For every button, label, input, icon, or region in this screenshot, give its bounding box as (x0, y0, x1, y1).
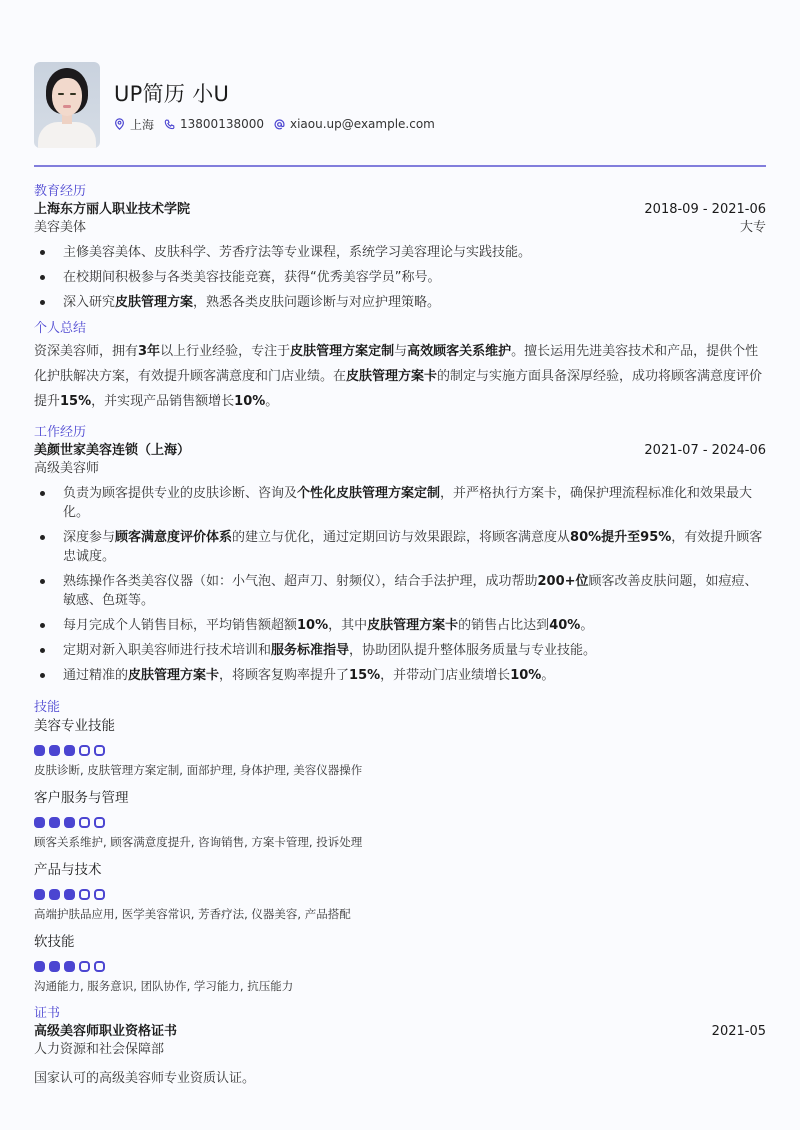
phone-icon (164, 119, 175, 130)
skill-level-dot (79, 817, 90, 828)
certificates-section: 证书 高级美容师职业资格证书 2021-05 人力资源和社会保障部 国家认可的高… (34, 1005, 766, 1088)
skill-item: 美容专业技能 皮肤诊断, 皮肤管理方案定制, 面部护理, 身体护理, 美容仪器操… (34, 717, 766, 777)
skill-level-dot (34, 817, 45, 828)
skill-rating (34, 745, 766, 756)
skill-name: 产品与技术 (34, 861, 766, 879)
list-item: 通过精准的皮肤管理方案卡，将顾客复购率提升了15%，并带动门店业绩增长10%。 (34, 666, 766, 685)
skill-item: 产品与技术 高端护肤品应用, 医学美容常识, 芳香疗法, 仪器美容, 产品搭配 (34, 861, 766, 921)
skill-name: 客户服务与管理 (34, 789, 766, 807)
skills-section: 技能 美容专业技能 皮肤诊断, 皮肤管理方案定制, 面部护理, 身体护理, 美容… (34, 699, 766, 993)
certificate-date: 2021-05 (712, 1023, 766, 1041)
work-bullets: 负责为顾客提供专业的皮肤诊断、咨询及个性化皮肤管理方案定制，并严格执行方案卡，确… (34, 484, 766, 685)
skill-name: 美容专业技能 (34, 717, 766, 735)
skill-item: 软技能 沟通能力, 服务意识, 团队协作, 学习能力, 抗压能力 (34, 933, 766, 993)
skill-level-dot (94, 745, 105, 756)
skill-level-dot (94, 817, 105, 828)
candidate-name: UP简历 小U (114, 78, 445, 108)
section-title: 个人总结 (34, 320, 766, 338)
education-bullets: 主修美容美体、皮肤科学、芳香疗法等专业课程，系统学习美容理论与实践技能。 在校期… (34, 243, 766, 312)
skill-rating (34, 817, 766, 828)
skill-level-dot (94, 961, 105, 972)
list-item: 深入研究皮肤管理方案，熟悉各类皮肤问题诊断与对应护理策略。 (34, 293, 766, 312)
skill-level-dot (64, 745, 75, 756)
work-date: 2021-07 - 2024-06 (644, 442, 766, 460)
skill-rating (34, 961, 766, 972)
skill-level-dot (64, 961, 75, 972)
certificate-name: 高级美容师职业资格证书 (34, 1023, 177, 1041)
avatar (34, 62, 100, 148)
position: 高级美容师 (34, 460, 99, 478)
skill-desc: 沟通能力, 服务意识, 团队协作, 学习能力, 抗压能力 (34, 979, 766, 993)
section-title: 教育经历 (34, 183, 766, 201)
list-item: 深度参与顾客满意度评价体系的建立与优化，通过定期回访与效果跟踪，将顾客满意度从8… (34, 528, 766, 566)
resume-header: UP简历 小U 上海 13800138000 xiaou.up@example.… (34, 62, 766, 148)
skill-name: 软技能 (34, 933, 766, 951)
list-item: 在校期间积极参与各类美容技能竞赛，获得“优秀美容学员”称号。 (34, 268, 766, 287)
skill-level-dot (49, 889, 60, 900)
skill-level-dot (34, 889, 45, 900)
certificate-desc: 国家认可的高级美容师专业资质认证。 (34, 1070, 766, 1088)
skill-level-dot (49, 745, 60, 756)
list-item: 负责为顾客提供专业的皮肤诊断、咨询及个性化皮肤管理方案定制，并严格执行方案卡，确… (34, 484, 766, 522)
skill-rating (34, 889, 766, 900)
company-name: 美颜世家美容连锁（上海） (34, 442, 190, 460)
list-item: 主修美容美体、皮肤科学、芳香疗法等专业课程，系统学习美容理论与实践技能。 (34, 243, 766, 262)
section-title: 工作经历 (34, 424, 766, 442)
skill-level-dot (79, 889, 90, 900)
education-date: 2018-09 - 2021-06 (644, 201, 766, 219)
phone-link[interactable]: 13800138000 (180, 117, 264, 131)
location-text: 上海 (130, 116, 154, 133)
list-item: 熟练操作各类美容仪器（如：小气泡、超声刀、射频仪），结合手法护理，成功帮助200… (34, 572, 766, 610)
education-section: 教育经历 上海东方丽人职业技术学院 2018-09 - 2021-06 美容美体… (34, 183, 766, 312)
section-title: 证书 (34, 1005, 766, 1023)
certificate-issuer: 人力资源和社会保障部 (34, 1041, 164, 1059)
contact-info: 上海 13800138000 xiaou.up@example.com (114, 116, 445, 133)
skill-level-dot (64, 889, 75, 900)
list-item: 每月完成个人销售目标，平均销售额超额10%，其中皮肤管理方案卡的销售占比达到40… (34, 616, 766, 635)
list-item: 定期对新入职美容师进行技术培训和服务标准指导，协助团队提升整体服务质量与专业技能… (34, 641, 766, 660)
email-link[interactable]: xiaou.up@example.com (290, 117, 435, 131)
skill-desc: 高端护肤品应用, 医学美容常识, 芳香疗法, 仪器美容, 产品搭配 (34, 907, 766, 921)
skill-desc: 顾客关系维护, 顾客满意度提升, 咨询销售, 方案卡管理, 投诉处理 (34, 835, 766, 849)
major: 美容美体 (34, 219, 86, 237)
skill-level-dot (79, 745, 90, 756)
skill-level-dot (94, 889, 105, 900)
school-name: 上海东方丽人职业技术学院 (34, 201, 190, 219)
skill-desc: 皮肤诊断, 皮肤管理方案定制, 面部护理, 身体护理, 美容仪器操作 (34, 763, 766, 777)
summary-section: 个人总结 资深美容师，拥有3年以上行业经验，专注于皮肤管理方案定制与高效顾客关系… (34, 320, 766, 414)
section-title: 技能 (34, 699, 766, 717)
degree: 大专 (740, 219, 766, 237)
skill-level-dot (79, 961, 90, 972)
skill-level-dot (49, 961, 60, 972)
skill-level-dot (64, 817, 75, 828)
work-section: 工作经历 美颜世家美容连锁（上海） 2021-07 - 2024-06 高级美容… (34, 424, 766, 685)
location-pin-icon (114, 118, 125, 130)
resume-page: UP简历 小U 上海 13800138000 xiaou.up@example.… (34, 62, 766, 1088)
skill-level-dot (49, 817, 60, 828)
skill-level-dot (34, 961, 45, 972)
header-divider (34, 165, 766, 167)
skill-level-dot (34, 745, 45, 756)
summary-text: 资深美容师，拥有3年以上行业经验，专注于皮肤管理方案定制与高效顾客关系维护。擅长… (34, 339, 766, 414)
at-sign-icon (274, 119, 285, 130)
skill-item: 客户服务与管理 顾客关系维护, 顾客满意度提升, 咨询销售, 方案卡管理, 投诉… (34, 789, 766, 849)
